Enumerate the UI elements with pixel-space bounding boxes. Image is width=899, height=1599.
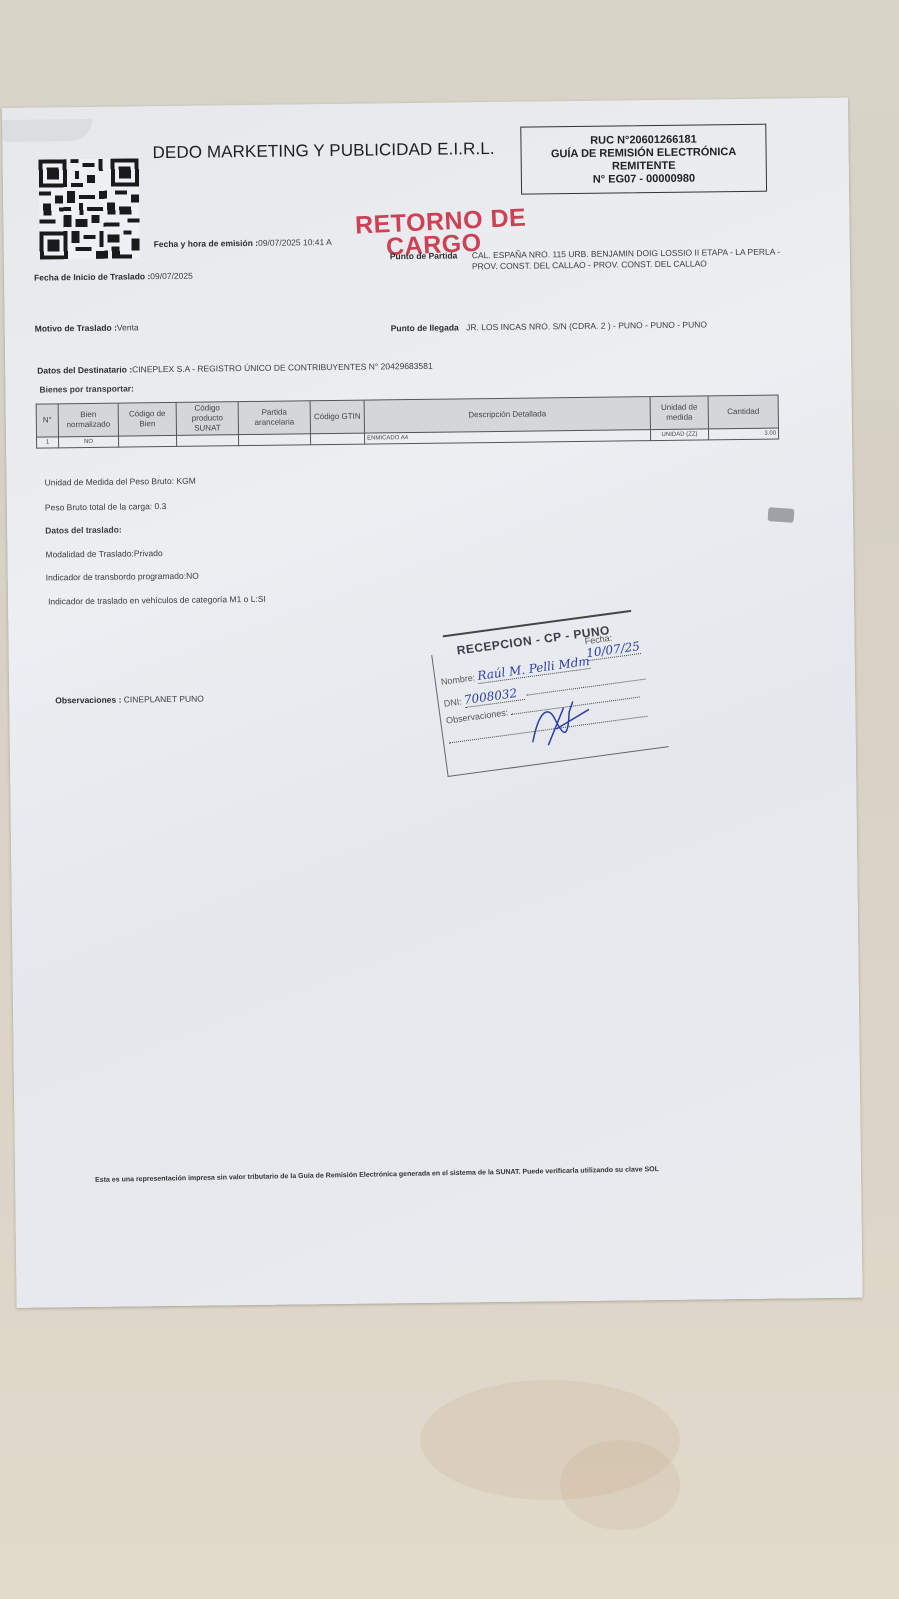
departure-point-label: Punto de Partida xyxy=(390,250,458,261)
transshipment-indicator: Indicador de transbordo programado:NO xyxy=(46,571,199,583)
transfer-mode-label: Modalidad de Traslado: xyxy=(45,548,133,559)
vehicle-m1-label: Indicador de traslado en vehículos de ca… xyxy=(48,594,258,607)
arrival-point-value: JR. LOS INCAS NRO. S/N (CDRA. 2 ) - PUNO… xyxy=(466,319,707,332)
gross-weight: Peso Bruto total de la carga: 0.3 xyxy=(45,501,167,512)
dni-label: DNI: xyxy=(443,696,462,708)
remission-guide-document: DEDO MARKETING Y PUBLICIDAD E.I.R.L. RUC… xyxy=(2,98,863,1308)
ruc-header-box: RUC N°20601266181 GUÍA DE REMISIÓN ELECT… xyxy=(520,124,767,195)
vehicle-m1-value: SI xyxy=(258,594,266,604)
transfer-data-title: Datos del traslado: xyxy=(45,525,122,536)
col-header-normalized: Bien normalizado xyxy=(58,403,118,437)
emission-date: Fecha y hora de emisión :09/07/2025 10:4… xyxy=(154,237,332,249)
emission-date-value: 09/07/2025 10:41 A xyxy=(258,237,332,248)
cell-code xyxy=(119,435,177,447)
transfer-reason: Motivo de Traslado :Venta xyxy=(35,322,139,333)
start-date-value: 09/07/2025 xyxy=(150,271,193,282)
observations-label: Observaciones : xyxy=(55,695,121,706)
transfer-mode-value: Privado xyxy=(134,548,163,558)
cell-description: ENMICADO A4 xyxy=(364,430,650,444)
gross-weight-value: 0.3 xyxy=(154,501,166,511)
signature-icon xyxy=(523,694,599,753)
transfer-reason-value: Venta xyxy=(117,322,139,332)
recipient-label: Datos del Destinatario : xyxy=(37,364,132,375)
arrival-point-label: Punto de llegada xyxy=(391,322,459,333)
recipient-value: CINEPLEX S.A - REGISTRO ÚNICO DE CONTRIB… xyxy=(132,361,433,375)
observations: Observaciones : CINEPLANET PUNO xyxy=(55,694,204,706)
weight-unit-label: Unidad de Medida del Peso Bruto: xyxy=(45,476,175,488)
goods-table: N° Bien normalizado Código de Bien Códig… xyxy=(36,395,779,449)
transfer-mode: Modalidad de Traslado:Privado xyxy=(45,548,162,559)
col-header-sunat-code: Código producto SUNAT xyxy=(176,402,238,436)
cell-unit: UNIDAD (ZZ) xyxy=(650,429,708,441)
start-date-label: Fecha de Inicio de Traslado : xyxy=(34,271,150,282)
departure-point: Punto de Partida CAL. ESPAÑA NRO. 115 UR… xyxy=(390,250,458,261)
cell-normalized: NO xyxy=(59,436,119,448)
cell-gtin xyxy=(311,433,365,445)
transshipment-label: Indicador de transbordo programado: xyxy=(46,571,186,583)
transfer-reason-label: Motivo de Traslado : xyxy=(35,323,117,334)
col-header-tariff: Partida arancelaria xyxy=(238,401,310,435)
col-header-n: N° xyxy=(36,404,58,437)
cell-tariff xyxy=(239,434,311,446)
start-date: Fecha de Inicio de Traslado :09/07/2025 xyxy=(34,271,193,283)
departure-point-value: CAL. ESPAÑA NRO. 115 URB. BENJAMIN DOIG … xyxy=(472,246,792,272)
col-header-quantity: Cantidad xyxy=(708,395,778,429)
company-name: DEDO MARKETING Y PUBLICIDAD E.I.R.L. xyxy=(152,139,494,163)
col-header-unit: Unidad de medida xyxy=(650,396,708,430)
weight-unit: Unidad de Medida del Peso Bruto: KGM xyxy=(45,476,196,488)
document-number: N° EG07 - 00000980 xyxy=(522,172,766,188)
name-label: Nombre: xyxy=(440,672,476,687)
col-header-description: Descripción Detallada xyxy=(364,397,650,433)
col-header-gtin: Código GTIN xyxy=(310,400,364,434)
cell-quantity: 3.00 xyxy=(708,428,778,440)
emission-date-label: Fecha y hora de emisión : xyxy=(154,238,259,249)
gross-weight-label: Peso Bruto total de la carga: xyxy=(45,501,152,512)
torn-corner xyxy=(2,119,92,142)
weight-unit-value: KGM xyxy=(176,476,195,486)
cell-sunat-code xyxy=(177,435,239,447)
reception-stamp: RECEPCION - CP - PUNO Nombre: Raúl M. Pe… xyxy=(433,607,670,775)
cell-n: 1 xyxy=(37,437,59,448)
goods-title: Bienes por transportar: xyxy=(39,383,134,394)
arrival-point: Punto de llegada JR. LOS INCAS NRO. S/N … xyxy=(391,319,707,333)
recipient-data: Datos del Destinatario :CINEPLEX S.A - R… xyxy=(37,361,433,376)
footer-disclaimer: Esta es una representación impresa sin v… xyxy=(95,1166,659,1184)
transshipment-value: NO xyxy=(186,571,199,581)
binder-clip xyxy=(768,507,795,523)
col-header-code: Código de Bien xyxy=(118,402,176,436)
vehicle-m1-indicator: Indicador de traslado en vehículos de ca… xyxy=(48,594,266,607)
observations-value: CINEPLANET PUNO xyxy=(124,694,204,705)
qr-code-icon xyxy=(38,158,141,259)
